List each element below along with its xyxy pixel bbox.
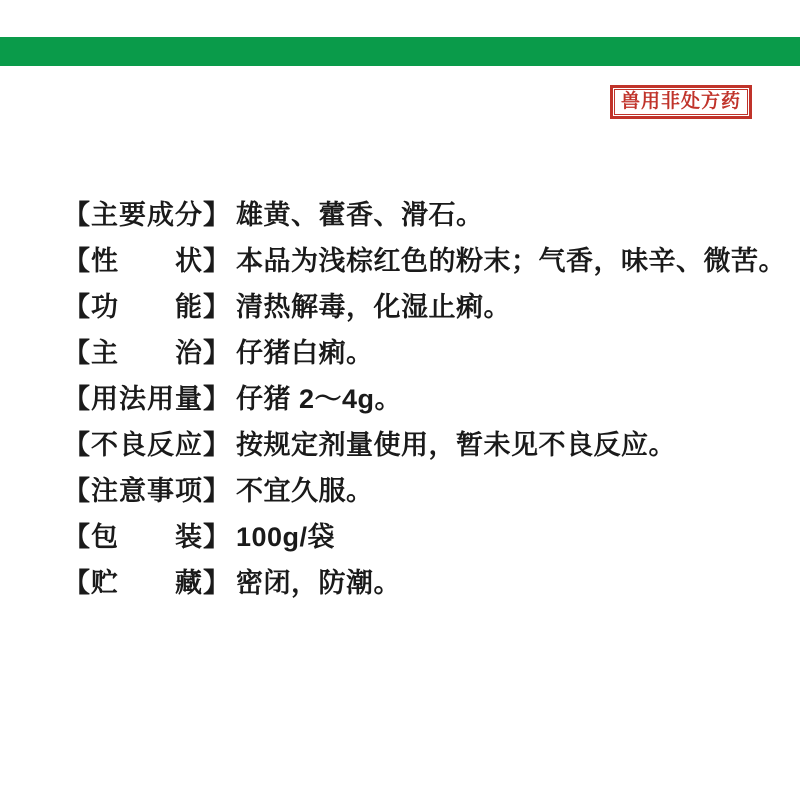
spec-list: 【主要成分】雄黄、藿香、滑石。 【性 状】本品为浅棕红色的粉末；气香，味辛、微苦… (63, 192, 770, 606)
spec-row-text: 本品为浅棕红色的粉末；气香，味辛、微苦。 (236, 246, 786, 276)
spec-row: 【性 状】本品为浅棕红色的粉末；气香，味辛、微苦。 (63, 238, 770, 284)
spec-row-text: 100g/袋 (236, 522, 335, 552)
veterinary-label-page: 兽用非处方药 【主要成分】雄黄、藿香、滑石。 【性 状】本品为浅棕红色的粉末；气… (0, 0, 800, 800)
spec-row-label: 【主要成分】 (63, 200, 231, 230)
spec-row-label: 【不良反应】 (63, 430, 231, 460)
spec-row-text: 仔猪 2～4g。 (236, 384, 402, 414)
spec-row-label: 【性 状】 (63, 246, 231, 276)
spec-row: 【不良反应】按规定剂量使用，暂未见不良反应。 (63, 422, 770, 468)
spec-row: 【主 治】仔猪白痢。 (63, 330, 770, 376)
spec-row: 【主要成分】雄黄、藿香、滑石。 (63, 192, 770, 238)
spec-row-label: 【用法用量】 (63, 384, 231, 414)
otc-badge: 兽用非处方药 (610, 85, 752, 119)
spec-row-text: 雄黄、藿香、滑石。 (236, 200, 484, 230)
spec-row-text: 清热解毒，化湿止痢。 (236, 292, 511, 322)
spec-row: 【贮 藏】密闭，防潮。 (63, 560, 770, 606)
spec-row-label: 【主 治】 (63, 338, 231, 368)
spec-row-text: 按规定剂量使用，暂未见不良反应。 (236, 430, 676, 460)
spec-row-label: 【包 装】 (63, 522, 231, 552)
otc-badge-text: 兽用非处方药 (614, 89, 748, 115)
spec-row: 【包 装】100g/袋 (63, 514, 770, 560)
spec-row-text: 仔猪白痢。 (236, 338, 374, 368)
spec-row-text: 密闭，防潮。 (236, 568, 401, 598)
spec-row-label: 【功 能】 (63, 292, 231, 322)
spec-row-text: 不宜久服。 (236, 476, 374, 506)
spec-row-label: 【贮 藏】 (63, 568, 231, 598)
spec-row: 【用法用量】仔猪 2～4g。 (63, 376, 770, 422)
spec-row-label: 【注意事项】 (63, 476, 231, 506)
green-header-bar (0, 37, 800, 66)
spec-row: 【功 能】清热解毒，化湿止痢。 (63, 284, 770, 330)
spec-row: 【注意事项】不宜久服。 (63, 468, 770, 514)
